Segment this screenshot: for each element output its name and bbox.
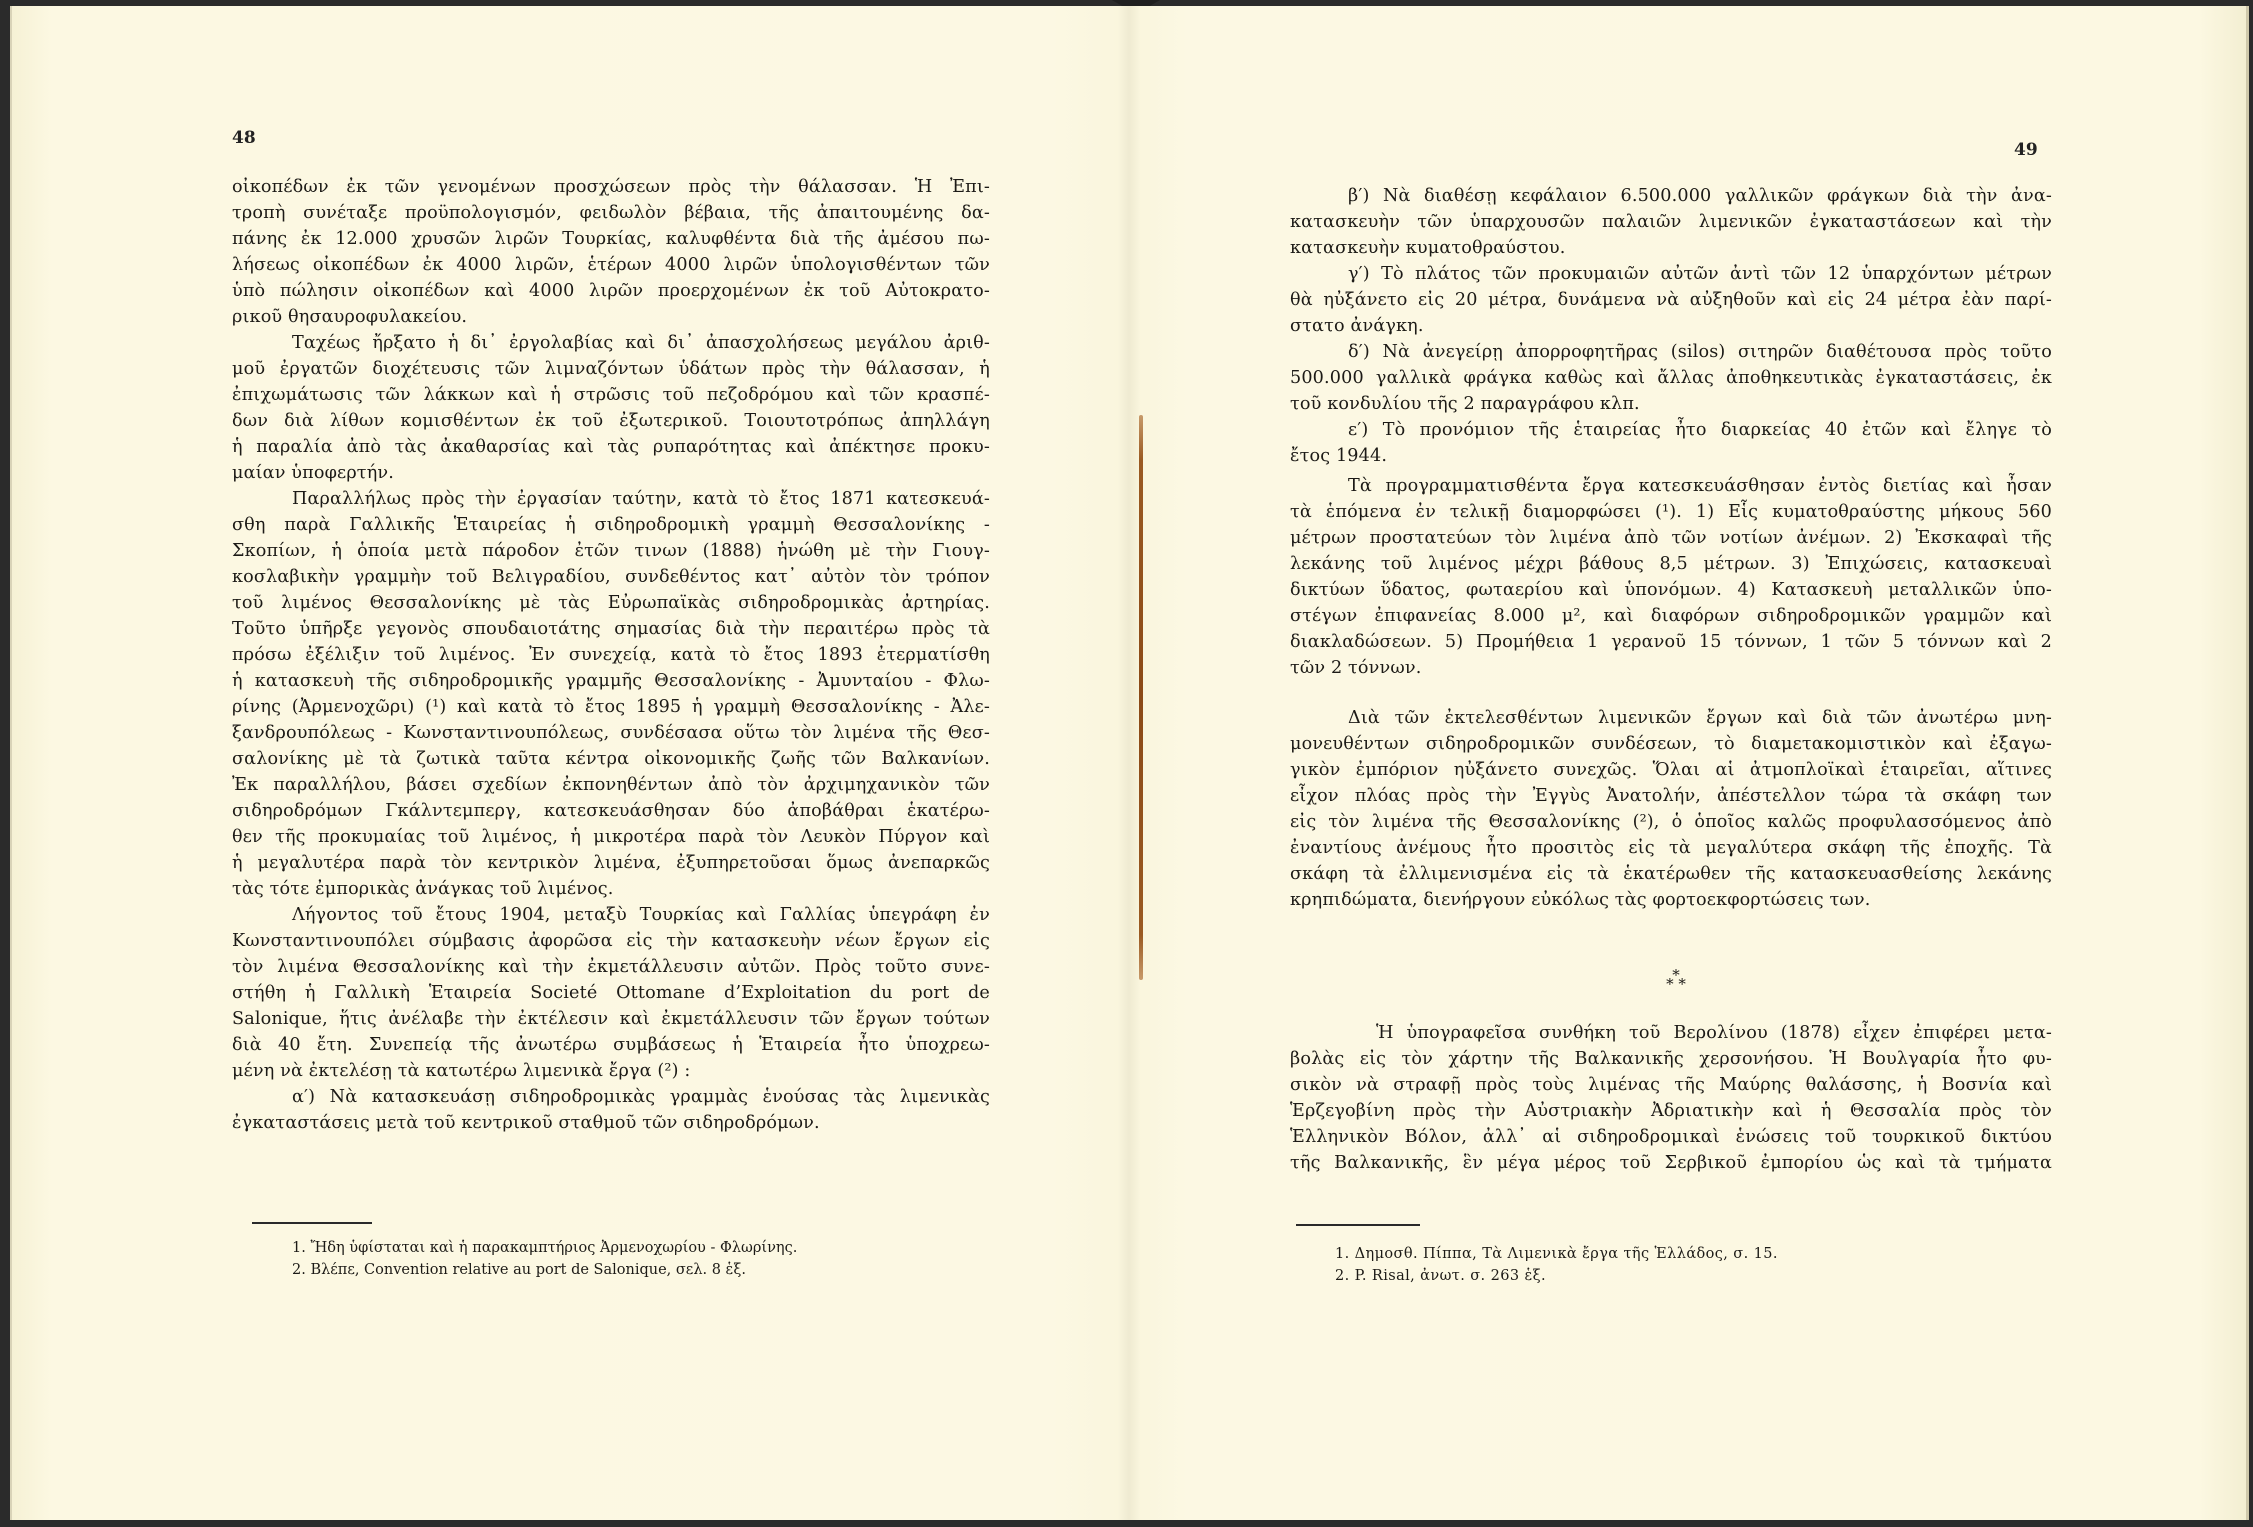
paragraph-start: γ′) Τὸ πλάτος τῶν προκυμαιῶν αὐτῶν ἀντὶ … [1348, 261, 2052, 287]
paragraph-start: Παραλλήλως πρὸς τὴν ἐργασίαν ταύτην, κατ… [292, 486, 990, 512]
footnote-rule-right [1296, 1224, 1420, 1226]
text-line: Ἑλληνικὸν Βόλον, ἀλλ᾽ αἱ σιδηροδρομικαὶ … [1290, 1124, 2052, 1150]
text-line: λεκάνης τοῦ λιμένος μέχρι βάθους 8,5 μέτ… [1290, 551, 2052, 577]
text-line: τὰς τότε ἐμπορικὰς ἀνάγκας τοῦ λιμένος. [232, 876, 614, 902]
text-line: μένη νὰ ἐκτελέσῃ τὰ κατωτέρω λιμενικὰ ἔρ… [232, 1058, 690, 1084]
text-line: διακλαδώσεων. 5) Προμήθεια 1 γερανοῦ 15 … [1290, 629, 2052, 655]
text-line: διὰ 40 ἔτη. Συνεπείᾳ τῆς ἀνωτέρω συμβάσε… [232, 1032, 990, 1058]
text-line: στήθη ἡ Γαλλικὴ Ἑταιρεία Societé Ottoman… [232, 980, 990, 1006]
paragraph-start: Ἡ ὑπογραφεῖσα συνθήκη τοῦ Βερολίνου (187… [1376, 1020, 2052, 1046]
text-line: θεν τῆς προκυμαίας τοῦ λιμένος, ἡ μικροτ… [232, 824, 990, 850]
text-line: ἐγκαταστάσεις μετὰ τοῦ κεντρικοῦ σταθμοῦ… [232, 1110, 820, 1136]
book-spread: 48 οἰκοπέδων ἐκ τῶν γενομένων προσχώσεων… [0, 0, 2253, 1527]
text-line: σιδηροδρόμων Γκάλντεμπεργ, κατεσκευάσθησ… [232, 798, 990, 824]
text-line: τροπὴ συνέταξε προϋπολογισμόν, φειδωλὸν … [232, 200, 990, 226]
text-line: βολὰς εἰς τὸν χάρτην τῆς Βαλκανικῆς χερσ… [1290, 1046, 2052, 1072]
text-line: τῶν 2 τόννων. [1290, 655, 1421, 681]
text-line: εἰς τὸν λιμένα τῆς Θεσσαλονίκης (²), ὁ ὁ… [1290, 809, 2052, 835]
footnote-2-left: 2. Βλέπε, Convention relative au port de… [292, 1260, 746, 1280]
text-line: κατασκευὴν τῶν ὑπαρχουσῶν παλαιῶν λιμενι… [1290, 209, 2052, 235]
paragraph-start: Ταχέως ἤρξατο ἡ δι᾽ ἐργολαβίας καὶ δι᾽ ἀ… [292, 330, 990, 356]
text-line: γικὸν ἐμπόριον ηὐξάνετο συνεχῶς. Ὅλαι αἱ… [1290, 757, 2052, 783]
text-line: μονευθέντων σιδηροδρομικῶν συνδέσεων, τὸ… [1290, 731, 2052, 757]
text-line: τὰ ἑπόμενα ἐν τελικῇ διαμορφώσει (¹). 1)… [1290, 499, 2052, 525]
text-line: ἐναντίους ἀνέμους ἦτο προσιτὸς εἰς τὰ με… [1290, 835, 2052, 861]
text-line: τὸν λιμένα Θεσσαλονίκης καὶ τὴν ἐκμετάλλ… [232, 954, 990, 980]
text-line: κρηπιδώματα, διενήργουν εὐκόλως τὰς φορτ… [1290, 887, 1870, 913]
gutter [1118, 6, 1140, 1520]
footnote-2-right: 2. P. Risal, ἀνωτ. σ. 263 ἑξ. [1335, 1266, 1546, 1286]
text-line: κατασκευὴν κυματοθραύστου. [1290, 235, 1566, 261]
paragraph-start: Τὰ προγραμματισθέντα ἔργα κατεσκευάσθησα… [1348, 473, 2052, 499]
text-line: δικτύων ὕδατος, φωταερίου καὶ ὑπονόμων. … [1290, 577, 2052, 603]
text-line: Σκοπίων, ἡ ὁποία μετὰ πάροδον ἐτῶν τινων… [232, 538, 990, 564]
text-line: κοσλαβικὴν γραμμὴν τοῦ Βελιγραδίου, συνδ… [232, 564, 990, 590]
text-line: Ἐκ παραλλήλου, βάσει σχεδίων ἐκπονηθέντω… [232, 772, 990, 798]
text-line: μοῦ ἐργατῶν διοχέτευσις τῶν λιμναζόντων … [232, 356, 990, 382]
text-line: λήσεως οἰκοπέδων ἐκ 4000 λιρῶν, ἑτέρων 4… [232, 252, 990, 278]
page-number-right: 49 [2014, 140, 2038, 160]
text-line: ρικοῦ θησαυροφυλακείου. [232, 304, 467, 330]
paragraph-start: β′) Νὰ διαθέσῃ κεφάλαιον 6.500.000 γαλλι… [1348, 183, 2052, 209]
text-line: τοῦ λιμένος Θεσσαλονίκης μὲ τὰς Εὐρωπαϊκ… [232, 590, 990, 616]
paragraph-start: Διὰ τῶν ἐκτελεσθέντων λιμενικῶν ἔργων κα… [1348, 705, 2052, 731]
section-break: ** * [1656, 970, 1696, 989]
text-line: ἐπιχωμάτωσις τῶν λάκκων καὶ ἡ στρῶσις το… [232, 382, 990, 408]
text-line: Salonique, ἥτις ἀνέλαβε τὴν ἐκτέλεσιν κα… [232, 1006, 990, 1032]
binding-thread [1139, 415, 1143, 980]
text-line: στέγων ἐπιφανείας 8.000 μ², καὶ διαφόρων… [1290, 603, 2052, 629]
text-line: ξανδρουπόλεως - Κωνσταντινουπόλεως, συνδ… [232, 720, 990, 746]
footnote-1-right: 1. Δημοσθ. Πίππα, Τὰ Λιμενικὰ ἔργα τῆς Ἑ… [1335, 1244, 1778, 1264]
text-line: ἔτος 1944. [1290, 443, 1387, 469]
text-line: δων διὰ λίθων κομισθέντων ἐκ τοῦ ἐξωτερι… [232, 408, 990, 434]
paragraph-start: ε′) Τὸ προνόμιον τῆς ἑταιρείας ἦτο διαρκ… [1348, 417, 2052, 443]
footnote-rule-left [252, 1222, 372, 1224]
page-number-left: 48 [232, 128, 256, 148]
text-line: πάνης ἐκ 12.000 χρυσῶν λιρῶν Τουρκίας, κ… [232, 226, 990, 252]
text-line: ὑπὸ πώλησιν οἰκοπέδων καὶ 4000 λιρῶν προ… [232, 278, 990, 304]
text-line: οἰκοπέδων ἐκ τῶν γενομένων προσχώσεων πρ… [232, 174, 990, 200]
text-line: εἶχον πλόας πρὸς τὴν Ἐγγὺς Ἀνατολήν, ἀπέ… [1290, 783, 2052, 809]
paragraph-start: Λήγοντος τοῦ ἔτους 1904, μεταξὺ Τουρκίας… [292, 902, 990, 928]
text-line: ἡ παραλία ἀπὸ τὰς ἀκαθαρσίας καὶ τὰς ρυπ… [232, 434, 990, 460]
text-line: μέτρων προστατεύων τὸν λιμένα ἀπὸ τῶν νο… [1290, 525, 2052, 551]
text-line: τοῦ κονδυλίου τῆς 2 παραγράφου κλπ. [1290, 391, 1640, 417]
paragraph-start: δ′) Νὰ ἀνεγείρῃ ἀπορροφητῆρας (silos) σι… [1348, 339, 2052, 365]
text-line: σκάφη τὰ ἐλλιμενισμένα εἰς τὰ ἑκατέρωθεν… [1290, 861, 2052, 887]
paragraph-start: α′) Νὰ κατασκευάσῃ σιδηροδρομικὰς γραμμὰ… [292, 1084, 990, 1110]
text-line: μαίαν ὑποφερτήν. [232, 460, 394, 486]
text-line: Ἑρζεγοβίνη πρὸς τὴν Αὐστριακὴν Ἀδριατικὴ… [1290, 1098, 2052, 1124]
text-line: σθη παρὰ Γαλλικῆς Ἑταιρείας ἡ σιδηροδρομ… [232, 512, 990, 538]
text-line: θὰ ηὐξάνετο εἰς 20 μέτρα, δυνάμενα νὰ αὐ… [1290, 287, 2052, 313]
text-line: ἡ μεγαλυτέρα παρὰ τὸν κεντρικὸν λιμένα, … [232, 850, 990, 876]
text-line: τῆς Βαλκανικῆς, ἓν μέγα μέρος τοῦ Σερβικ… [1290, 1150, 2052, 1176]
text-line: 500.000 γαλλικὰ φράγκα καθὼς καὶ ἄλλας ἀ… [1290, 365, 2052, 391]
footnote-1-left: 1. Ἤδη ὑφίσταται καὶ ἡ παρακαμπτήριος Ἀρ… [292, 1238, 797, 1258]
text-line: στατο ἀνάγκη. [1290, 313, 1424, 339]
text-line: ἡ κατασκευὴ τῆς σιδηροδρομικῆς γραμμῆς Θ… [232, 668, 990, 694]
text-line: σαλονίκης μὲ τὰ ζωτικὰ ταῦτα κέντρα οἰκο… [232, 746, 990, 772]
text-line: Κωνσταντινουπόλει σύμβασις ἀφορῶσα εἰς τ… [232, 928, 990, 954]
text-line: ρίνης (Ἀρμενοχῶρι) (¹) καὶ κατὰ τὸ ἔτος … [232, 694, 990, 720]
text-line: σικὸν νὰ στραφῇ πρὸς τοὺς λιμένας τῆς Μα… [1290, 1072, 2052, 1098]
text-line: Τοῦτο ὑπῆρξε γεγονὸς σπουδαιοτάτης σημασ… [232, 616, 990, 642]
text-line: πρόσω ἐξέλιξιν τοῦ λιμένος. Ἐν συνεχείᾳ,… [232, 642, 990, 668]
